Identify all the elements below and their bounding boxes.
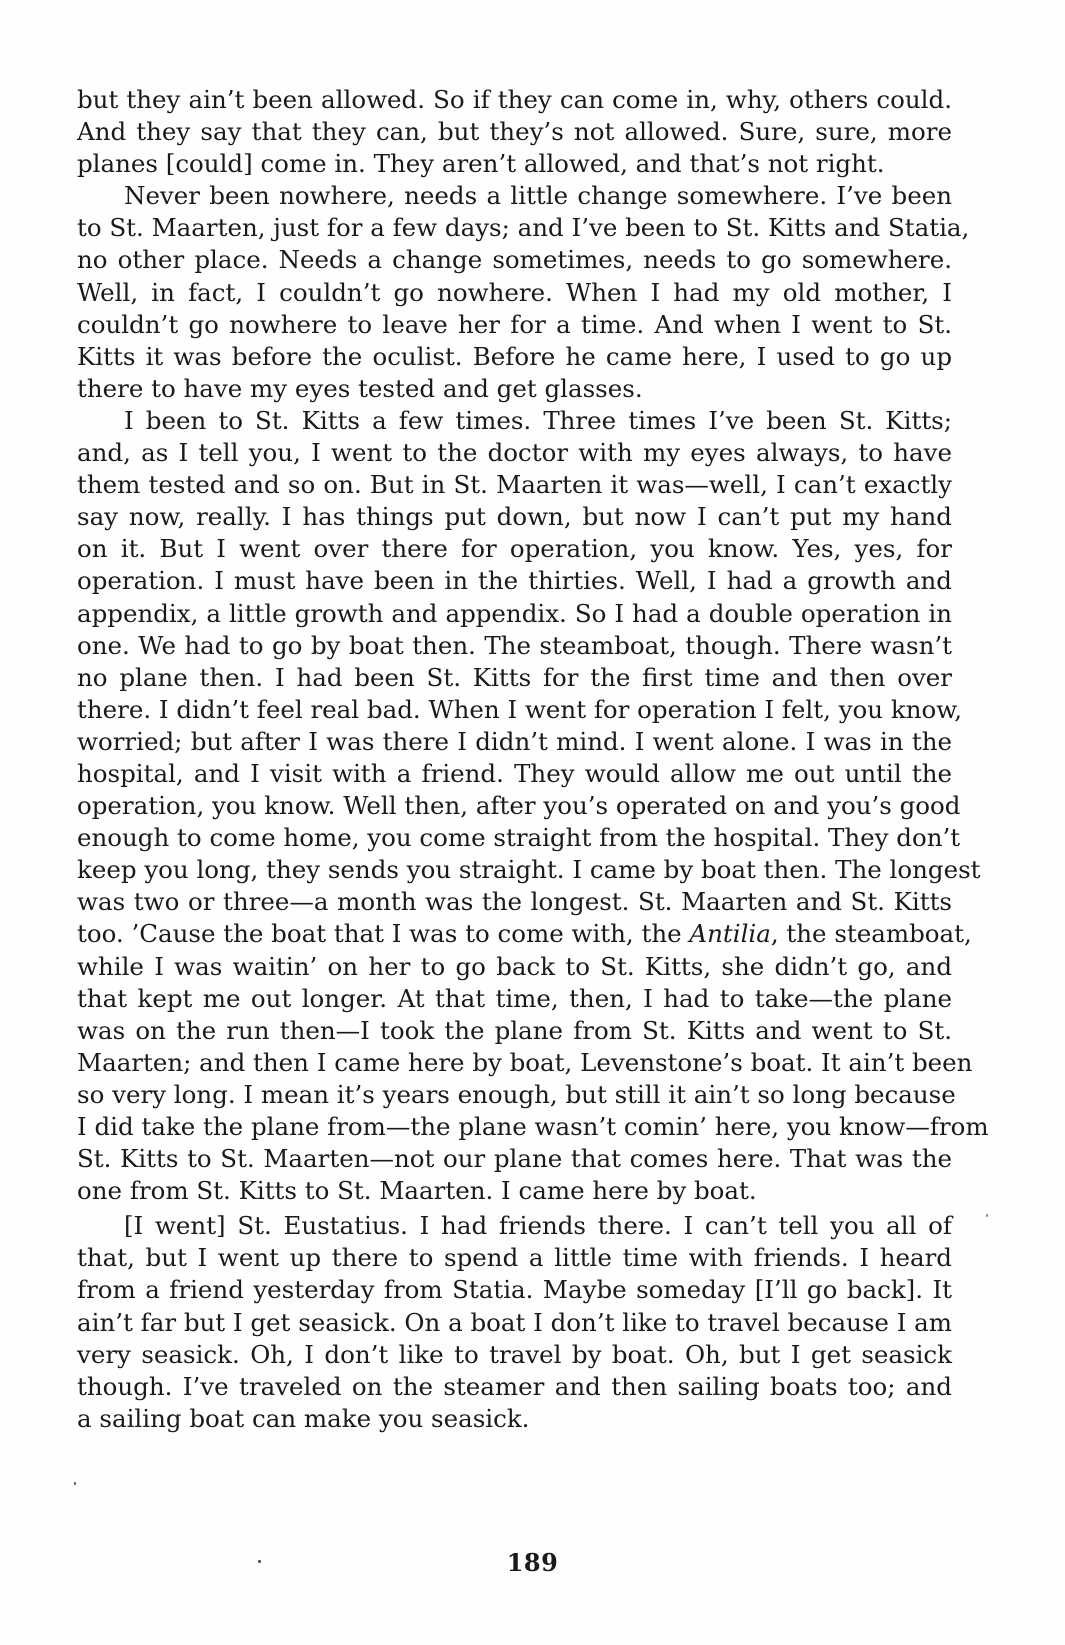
text-line: appendix, a little growth and appendix. … bbox=[77, 598, 952, 630]
text-line: keep you long, they sends you straight. … bbox=[77, 854, 952, 886]
text-line: to St. Maarten, just for a few days; and… bbox=[77, 212, 952, 244]
text-line: Never been nowhere, needs a little chang… bbox=[77, 180, 952, 212]
text-line: planes [could] come in. They aren’t allo… bbox=[77, 148, 952, 180]
text-line: one from St. Kitts to St. Maarten. I cam… bbox=[77, 1175, 952, 1207]
text-line: no other place. Needs a change sometimes… bbox=[77, 244, 952, 276]
scan-speck bbox=[74, 1482, 76, 1485]
paragraph: [I went] St. Eustatius. I had friends th… bbox=[77, 1210, 952, 1435]
book-page: but they ain’t been allowed. So if they … bbox=[0, 0, 1065, 1645]
text-line: while I was waitin’ on her to go back to… bbox=[77, 951, 952, 983]
text-line: Maarten; and then I came here by boat, L… bbox=[77, 1047, 952, 1079]
text-line: and, as I tell you, I went to the doctor… bbox=[77, 437, 952, 469]
scan-speck bbox=[986, 1214, 988, 1217]
text-line: hospital, and I visit with a friend. The… bbox=[77, 758, 952, 790]
text-line: so very long. I mean it’s years enough, … bbox=[77, 1079, 952, 1111]
scan-speck bbox=[258, 1560, 261, 1563]
text-line: one. We had to go by boat then. The stea… bbox=[77, 630, 952, 662]
paragraph: I been to St. Kitts a few times. Three t… bbox=[77, 405, 952, 1207]
text-line: say now, really. I has things put down, … bbox=[77, 501, 952, 533]
paragraph: Never been nowhere, needs a little chang… bbox=[77, 180, 952, 405]
italic-ship-name: Antilia bbox=[689, 919, 770, 948]
text-line: from a friend yesterday from Statia. May… bbox=[77, 1274, 952, 1306]
text-line: worried; but after I was there I didn’t … bbox=[77, 726, 952, 758]
text-line: them tested and so on. But in St. Maarte… bbox=[77, 469, 952, 501]
text-line: was on the run then—I took the plane fro… bbox=[77, 1015, 952, 1047]
text-line: no plane then. I had been St. Kitts for … bbox=[77, 662, 952, 694]
text-line: that, but I went up there to spend a lit… bbox=[77, 1242, 952, 1274]
text-line: ain’t far but I get seasick. On a boat I… bbox=[77, 1307, 952, 1339]
text-line: but they ain’t been allowed. So if they … bbox=[77, 84, 952, 116]
text-line: there to have my eyes tested and get gla… bbox=[77, 373, 952, 405]
paragraph: but they ain’t been allowed. So if they … bbox=[77, 84, 952, 180]
text-line: [I went] St. Eustatius. I had friends th… bbox=[77, 1210, 952, 1242]
text-line: on it. But I went over there for operati… bbox=[77, 533, 952, 565]
text-line: very seasick. Oh, I don’t like to travel… bbox=[77, 1339, 952, 1371]
page-number: 189 bbox=[0, 1548, 1065, 1577]
text-line: I did take the plane from—the plane wasn… bbox=[77, 1111, 952, 1143]
text-line: enough to come home, you come straight f… bbox=[77, 822, 952, 854]
text-line: a sailing boat can make you seasick. bbox=[77, 1403, 952, 1435]
text-line: operation. I must have been in the thirt… bbox=[77, 565, 952, 597]
text-line: though. I’ve traveled on the steamer and… bbox=[77, 1371, 952, 1403]
text-line: there. I didn’t feel real bad. When I we… bbox=[77, 694, 952, 726]
text-line: couldn’t go nowhere to leave her for a t… bbox=[77, 309, 952, 341]
text-line: I been to St. Kitts a few times. Three t… bbox=[77, 405, 952, 437]
text-line: And they say that they can, but they’s n… bbox=[77, 116, 952, 148]
text-line: operation, you know. Well then, after yo… bbox=[77, 790, 952, 822]
text-line: St. Kitts to St. Maarten—not our plane t… bbox=[77, 1143, 952, 1175]
text-line: that kept me out longer. At that time, t… bbox=[77, 983, 952, 1015]
text-line: was two or three—a month was the longest… bbox=[77, 886, 952, 918]
text-line: too. ’Cause the boat that I was to come … bbox=[77, 918, 952, 950]
text-line: Well, in fact, I couldn’t go nowhere. Wh… bbox=[77, 277, 952, 309]
body-text: but they ain’t been allowed. So if they … bbox=[77, 84, 952, 1435]
text-line: Kitts it was before the oculist. Before … bbox=[77, 341, 952, 373]
